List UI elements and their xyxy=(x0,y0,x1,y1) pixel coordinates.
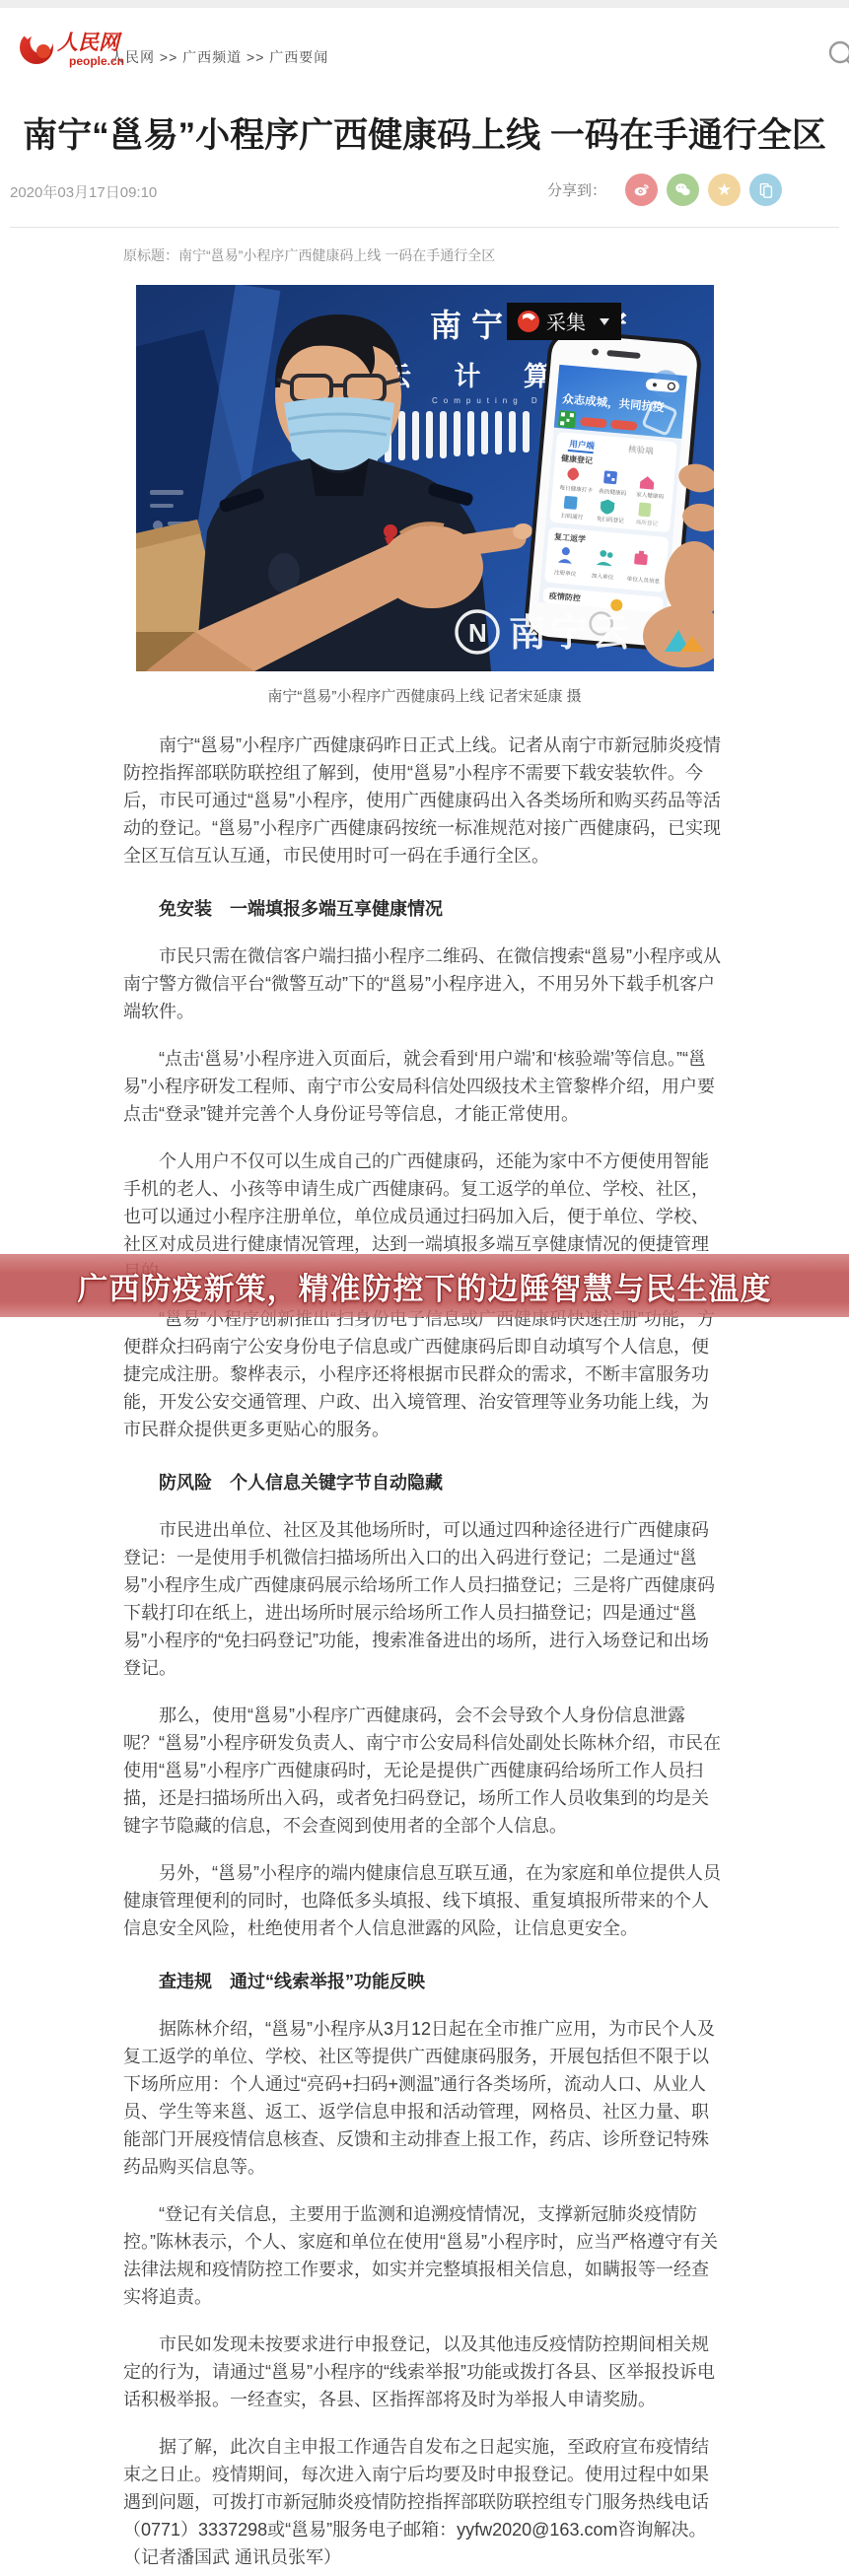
page-top-strip xyxy=(0,0,849,8)
article-paragraph: 防风险 个人信息关键字节自动隐藏 xyxy=(123,1469,726,1497)
article-photo: 南宁市公安 云 计 算 Computing Data xyxy=(136,285,714,671)
article-paragraph: 市民如发现未按要求进行申报登记，以及其他违反疫情防控期间相关规定的行为，请通过“… xyxy=(123,2331,726,2413)
article-paragraph: “登记有关信息，主要用于监测和追溯疫情情况，支撑新冠肺炎疫情防控。”陈林表示，个… xyxy=(123,2200,726,2311)
article-paragraph: “点击‘邕易’小程序进入页面后，就会看到‘用户端’和‘核验端’等信息。”“邕易”… xyxy=(123,1045,726,1128)
header-divider xyxy=(10,227,839,228)
share-bar: 分享到： ★ xyxy=(547,174,782,206)
article-paragraph: 市民只需在微信客户端扫描小程序二维码、在微信搜索“邕易”小程序或从南宁警方微信平… xyxy=(123,942,726,1025)
people-cn-swirl-icon xyxy=(20,29,53,64)
weibo-share-icon[interactable] xyxy=(625,174,658,206)
photo-caption: 南宁“邕易”小程序广西健康码上线 记者宋延康 摄 xyxy=(0,685,849,706)
qzone-share-icon[interactable]: ★ xyxy=(708,174,741,206)
watermark-letter: N xyxy=(468,618,487,648)
article-paragraph: “邕易”小程序创新推出“扫身份电子信息或广西健康码快速注册”功能，方便群众扫码南… xyxy=(123,1305,726,1443)
article-paragraph: 另外，“邕易”小程序的端内健康信息互联互通，在为家庭和单位提供人员健康管理便利的… xyxy=(123,1859,726,1942)
watermark-text: 南宁云 xyxy=(509,613,633,655)
share-label: 分享到： xyxy=(547,179,606,200)
promo-overlay-banner: 广西防疫新策，精准防控下的边陲智慧与民生温度 xyxy=(0,1254,849,1317)
caiji-badge-label: 采集 xyxy=(546,312,586,334)
article-paragraph: 南宁“邕易”小程序广西健康码昨日正式上线。记者从南宁市新冠肺炎疫情防控指挥部联防… xyxy=(123,731,726,870)
site-header: 人民网 people.cn 人民网 >> 广西频道 >> 广西要闻 xyxy=(0,8,849,89)
page-title: 南宁“邕易”小程序广西健康码上线 一码在手通行全区 xyxy=(4,114,845,158)
article-meta: 2020年03月17日09:10 分享到： ★ xyxy=(0,168,849,213)
search-icon[interactable] xyxy=(825,37,849,71)
article-paragraph: 免安装 一端填报多端互享健康情况 xyxy=(123,895,726,923)
breadcrumb[interactable]: 人民网 >> 广西频道 >> 广西要闻 xyxy=(110,47,328,67)
article-paragraph: 查违规 通过“线索举报”功能反映 xyxy=(123,1968,726,1995)
article-body: 南宁“邕易”小程序广西健康码昨日正式上线。记者从南宁市新冠肺炎疫情防控指挥部联防… xyxy=(123,731,726,2571)
article-paragraph: 那么，使用“邕易”小程序广西健康码，会不会导致个人身份信息泄露呢？“邕易”小程序… xyxy=(123,1702,726,1840)
publish-date: 2020年03月17日09:10 xyxy=(10,181,157,202)
copy-link-share-icon[interactable] xyxy=(749,174,782,206)
wall-text-line2: 云 计 算 xyxy=(385,362,568,391)
caiji-badge: 采集 xyxy=(507,303,621,340)
photo-illustration: 南宁市公安 云 计 算 Computing Data xyxy=(136,285,714,671)
promo-overlay-text: 广西防疫新策，精准防控下的边陲智慧与民生温度 xyxy=(78,1264,772,1308)
wechat-share-icon[interactable] xyxy=(667,174,699,206)
article-paragraph: 市民进出单位、社区及其他场所时，可以通过四种途径进行广西健康码登记：一是使用手机… xyxy=(123,1516,726,1682)
original-title: 原标题：南宁“邕易”小程序广西健康码上线 一码在手通行全区 xyxy=(123,245,849,265)
article-paragraph: 据了解，此次自主申报工作通告自发布之日起实施，至政府宣布疫情结束之日止。疫情期间… xyxy=(123,2433,726,2571)
article-paragraph: 据陈林介绍，“邕易”小程序从3月12日起在全市推广应用，为市民个人及复工返学的单… xyxy=(123,2015,726,2181)
